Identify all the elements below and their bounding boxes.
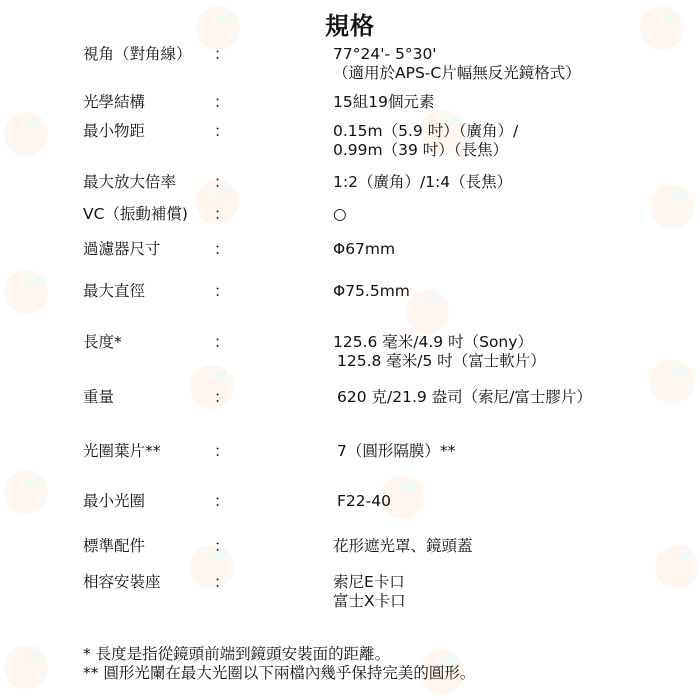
spec-colon: ： xyxy=(214,282,230,301)
spec-label: 重量 xyxy=(83,388,114,407)
spec-value-line: 索尼E卡口 xyxy=(333,573,406,592)
spec-label: 最大直徑 xyxy=(83,282,145,301)
spec-value-line: （適用於APS-C片幅無反光鏡格式） xyxy=(333,64,581,83)
spec-value-line: 1:2（廣角）/1:4（長焦） xyxy=(333,173,512,192)
spec-value: 620 克/21.9 盎司（索尼/富士膠片） xyxy=(337,388,592,407)
spec-label: 光圈葉片** xyxy=(83,442,161,461)
spec-value: 77°24'- 5°30' （適用於APS-C片幅無反光鏡格式） xyxy=(333,45,581,83)
spec-label: 最小物距 xyxy=(83,122,145,141)
watermark-logo-icon xyxy=(4,270,48,314)
spec-label: 長度* xyxy=(83,333,122,352)
spec-label: 最小光圈 xyxy=(83,492,145,511)
spec-label: 相容安裝座 xyxy=(83,573,161,592)
spec-value-line: 620 克/21.9 盎司（索尼/富士膠片） xyxy=(337,388,592,407)
spec-label: 過濾器尺寸 xyxy=(83,240,161,259)
spec-label: VC（振動補償) xyxy=(83,205,188,224)
spec-colon: ： xyxy=(214,93,230,112)
spec-value-line: 15組19個元素 xyxy=(333,93,434,112)
spec-value: 花形遮光罩、鏡頭蓋 xyxy=(333,537,473,556)
spec-value-line: 125.6 毫米/4.9 吋（Sony） xyxy=(333,333,546,352)
spec-label: 視角（對角線） xyxy=(83,45,192,64)
spec-value: 125.6 毫米/4.9 吋（Sony） 125.8 毫米/5 吋（富士軟片） xyxy=(333,333,546,371)
spec-value: F22-40 xyxy=(337,492,391,511)
spec-value-line: ○ xyxy=(333,205,347,224)
watermark-logo-icon xyxy=(4,470,48,514)
spec-colon: ： xyxy=(214,240,230,259)
spec-value-line: 77°24'- 5°30' xyxy=(333,45,581,64)
footnote-length: * 長度是指從鏡頭前端到鏡頭安裝面的距離。 xyxy=(83,645,475,664)
spec-colon: ： xyxy=(214,442,230,461)
footnotes: * 長度是指從鏡頭前端到鏡頭安裝面的距離。 ** 圓形光闌在最大光圈以下兩檔內幾… xyxy=(83,645,475,683)
spec-colon: ： xyxy=(214,122,230,141)
spec-value: 0.15m（5.9 吋）（廣角）/ 0.99m（39 吋）（長焦） xyxy=(333,122,518,160)
spec-colon: ： xyxy=(214,537,230,556)
spec-value-line: 0.15m（5.9 吋）（廣角）/ xyxy=(333,122,518,141)
spec-label: 最大放大倍率 xyxy=(83,173,176,192)
spec-value: Φ75.5mm xyxy=(333,282,410,301)
footnote-aperture: ** 圓形光闌在最大光圈以下兩檔內幾乎保持完美的圓形。 xyxy=(83,664,475,683)
watermark-logo-icon xyxy=(4,112,48,156)
spec-colon: ： xyxy=(214,333,230,352)
spec-value: ○ xyxy=(333,205,347,224)
spec-value-line: 7（圓形隔膜）** xyxy=(337,442,455,461)
watermark-logo-icon xyxy=(405,290,449,334)
watermark-logo-icon xyxy=(655,545,699,589)
spec-colon: ： xyxy=(214,573,230,592)
spec-label: 光學結構 xyxy=(83,93,145,112)
spec-value: 7（圓形隔膜）** xyxy=(337,442,455,461)
spec-value-line: F22-40 xyxy=(337,492,391,511)
watermark-logo-icon xyxy=(4,645,48,689)
spec-colon: ： xyxy=(214,388,230,407)
spec-value-line: Φ75.5mm xyxy=(333,282,410,301)
page-title: 規格 xyxy=(0,6,700,41)
spec-colon: ： xyxy=(214,45,230,64)
spec-colon: ： xyxy=(214,173,230,192)
spec-value: 索尼E卡口 富士X卡口 xyxy=(333,573,406,611)
spec-value: 1:2（廣角）/1:4（長焦） xyxy=(333,173,512,192)
spec-value-line: 125.8 毫米/5 吋（富士軟片） xyxy=(333,352,546,371)
spec-colon: ： xyxy=(214,205,230,224)
spec-label: 標準配件 xyxy=(83,537,145,556)
watermark-logo-icon xyxy=(650,185,694,229)
watermark-logo-icon xyxy=(650,360,694,404)
spec-value-line: 0.99m（39 吋）（長焦） xyxy=(333,141,518,160)
spec-value: 15組19個元素 xyxy=(333,93,434,112)
spec-value-line: 花形遮光罩、鏡頭蓋 xyxy=(333,537,473,556)
spec-value-line: 富士X卡口 xyxy=(333,592,406,611)
spec-value-line: Φ67mm xyxy=(333,240,395,259)
spec-colon: ： xyxy=(214,492,230,511)
spec-value: Φ67mm xyxy=(333,240,395,259)
